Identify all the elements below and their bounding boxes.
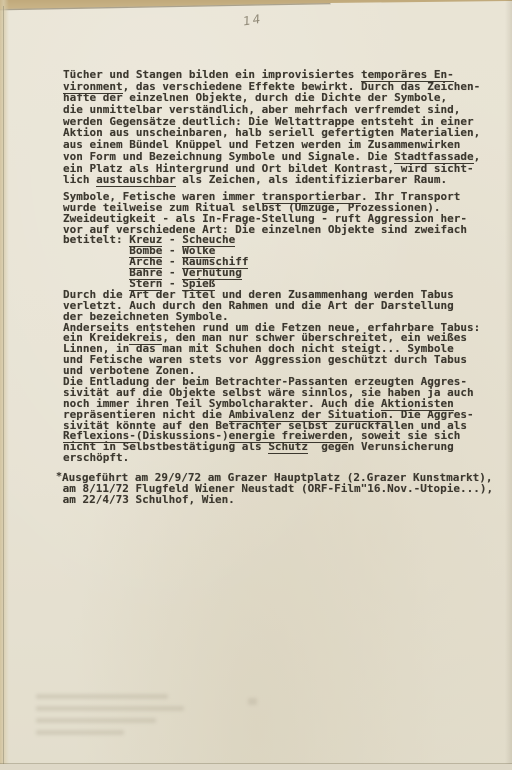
paragraph-1: Tücher und Stangen bilden ein improvisie…	[63, 69, 503, 186]
scan-right-edge-shading	[505, 0, 512, 770]
footnote: *Ausgeführt am 29/9/72 am Grazer Hauptpl…	[56, 473, 503, 506]
show-through-ghost	[36, 694, 168, 699]
show-through-ghost	[36, 730, 124, 735]
show-through-ghost	[36, 718, 156, 723]
scan-bottom-strip	[0, 764, 512, 770]
show-through-ghost	[36, 706, 184, 711]
text-line: lich austauschbar als Zeichen, als ident…	[63, 174, 503, 186]
paragraph-2: Symbole, Fetische waren immer transporti…	[63, 192, 503, 464]
typewritten-text: Tücher und Stangen bilden ein improvisie…	[63, 69, 503, 506]
scan-left-edge	[0, 0, 9, 770]
handwritten-page-number: 14	[242, 12, 263, 29]
text-line: am 22/4/73 Schulhof, Wien.	[56, 495, 503, 506]
show-through-ghost	[248, 698, 257, 705]
scan-left-edge-line	[3, 6, 4, 770]
text-line: erschöpft.	[63, 453, 503, 464]
